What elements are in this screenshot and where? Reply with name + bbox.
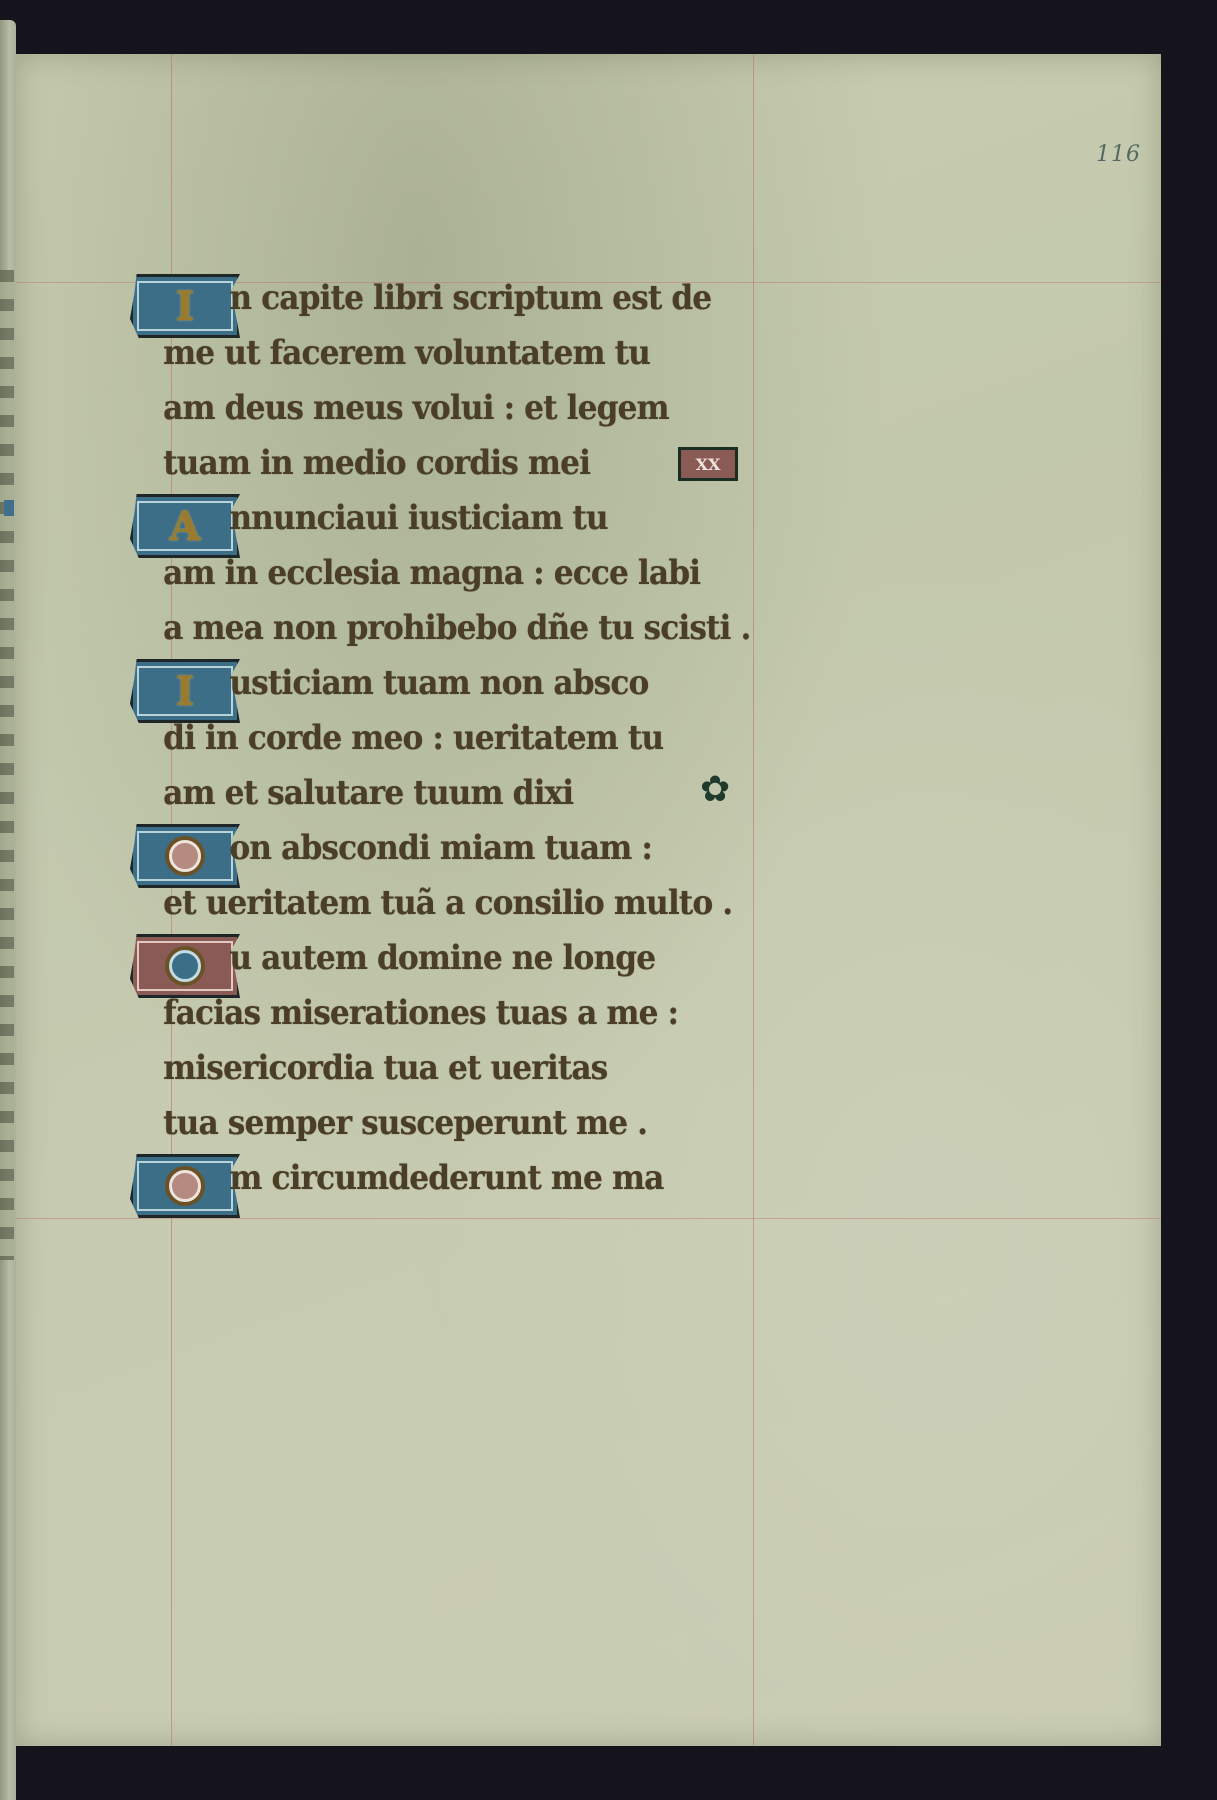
previous-page-text [0, 270, 14, 1260]
text-block: I n capite libri scriptum est de me ut f… [130, 270, 810, 1205]
text-line: A nnunciaui iusticiam tu [130, 490, 810, 545]
text-line: am et salutare tuum dixi ✿ [130, 765, 810, 820]
text-line: am deus meus volui : et legem [130, 380, 810, 435]
folio-number: 116 [1096, 142, 1141, 167]
text-line: a mea non prohibebo dñe tu scisti . [130, 600, 810, 655]
text-line: on abscondi miam tuam : [130, 820, 810, 875]
text-line: tuam in medio cordis mei XX [130, 435, 810, 490]
text-line: I usticiam tuam non absco [130, 655, 810, 710]
line-filler-ornament: XX [678, 447, 738, 481]
ruling-bottom [16, 1218, 1161, 1219]
text-line: am in ecclesia magna : ecce labi [130, 545, 810, 600]
text-line: u autem domine ne longe [130, 930, 810, 985]
previous-page-edge [0, 20, 16, 1800]
text-line: I n capite libri scriptum est de [130, 270, 810, 325]
text-line: et ueritatem tuã a consilio multo . [130, 875, 810, 930]
text-line: me ut facerem voluntatem tu [130, 325, 810, 380]
previous-page-initial [4, 500, 14, 516]
text-line: misericordia tua et ueritas [130, 1040, 810, 1095]
text-line: tua semper susceperunt me . [130, 1095, 810, 1150]
flower-flourish-icon: ✿ [700, 769, 730, 810]
text-line: m circumdederunt me ma [130, 1150, 810, 1205]
text-line: di in corde meo : ueritatem tu [130, 710, 810, 765]
text-line: facias miserationes tuas a me : [130, 985, 810, 1040]
